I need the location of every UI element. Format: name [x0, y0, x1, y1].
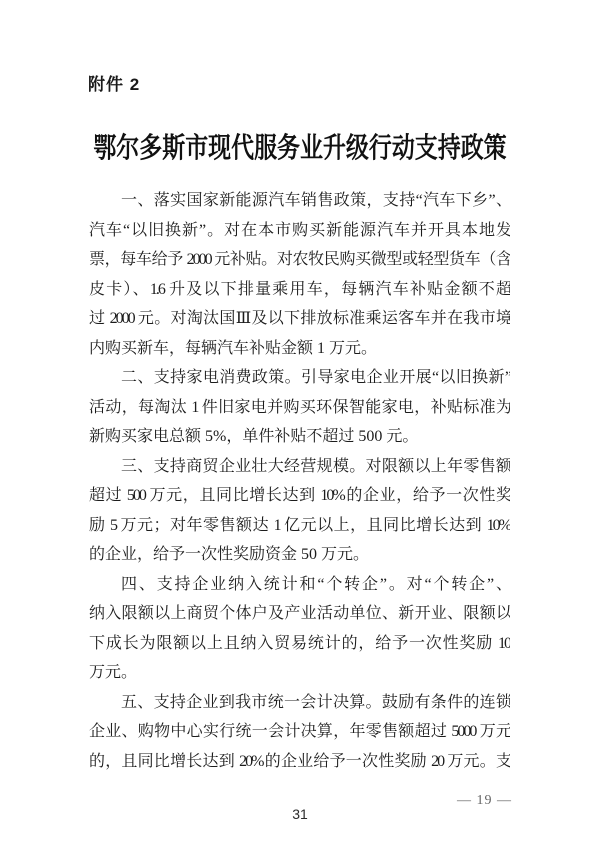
text-line: 二、支持家电消费政策。引导家电企业开展“以旧换新”: [89, 363, 510, 393]
text-line: 内购买新车，每辆汽车补贴金额 1 万元。: [89, 334, 510, 364]
text-line: 皮卡）、1.6 升及以下排量乘用车，每辆汽车补贴金额不超: [89, 275, 510, 305]
text-line: 新购买家电总额 5%，单件补贴不超过 500 元。: [89, 422, 510, 452]
text-line: 下成长为限额以上且纳入贸易统计的，给予一次性奖励 10: [89, 629, 510, 659]
attachment-label: 附件 2: [88, 70, 140, 95]
text-line: 的，且同比增长达到 20%的企业给予一次性奖励 20 万元。支: [89, 747, 510, 777]
text-line: 票，每车给予 2000 元补贴。对农牧民购买微型或轻型货车（含: [89, 245, 510, 275]
document-body: 一、落实国家新能源汽车销售政策，支持“汽车下乡”、 汽车“以旧换新”。对在本市购…: [89, 186, 510, 776]
text-line: 汽车“以旧换新”。对在本市购买新能源汽车并开具本地发: [89, 216, 510, 246]
text-line: 纳入限额以上商贸个体户及产业活动单位、新开业、限额以: [89, 599, 510, 629]
text-line: 三、支持商贸企业壮大经营规模。对限额以上年零售额: [89, 452, 510, 482]
text-line: 活动，每淘汰 1 件旧家电并购买环保智能家电，补贴标准为: [89, 393, 510, 423]
paragraph-2: 二、支持家电消费政策。引导家电企业开展“以旧换新” 活动，每淘汰 1 件旧家电并…: [89, 363, 510, 452]
paragraph-5: 五、支持企业到我市统一会计决算。鼓励有条件的连锁 企业、购物中心实行统一会计决算…: [89, 688, 510, 777]
document-title: 鄂尔多斯市现代服务业升级行动支持政策: [54, 126, 546, 166]
page-number-right: — 19 —: [457, 793, 512, 809]
text-line: 一、落实国家新能源汽车销售政策，支持“汽车下乡”、: [89, 186, 510, 216]
text-line: 超过 500 万元，且同比增长达到 10%的企业，给予一次性奖: [89, 481, 510, 511]
document-page: 附件 2 鄂尔多斯市现代服务业升级行动支持政策 一、落实国家新能源汽车销售政策，…: [0, 0, 600, 848]
text-line: 五、支持企业到我市统一会计决算。鼓励有条件的连锁: [89, 688, 510, 718]
text-line: 企业、购物中心实行统一会计决算，年零售额超过 5000 万元: [89, 717, 510, 747]
text-line: 万元。: [89, 658, 510, 688]
text-line: 励 5 万元；对年零售额达 1 亿元以上，且同比增长达到 10%: [89, 511, 510, 541]
paragraph-3: 三、支持商贸企业壮大经营规模。对限额以上年零售额 超过 500 万元，且同比增长…: [89, 452, 510, 570]
text-line: 过 2000 元。对淘汰国Ⅲ及以下排放标准乘运客车并在我市境: [89, 304, 510, 334]
paragraph-1: 一、落实国家新能源汽车销售政策，支持“汽车下乡”、 汽车“以旧换新”。对在本市购…: [89, 186, 510, 363]
text-line: 的企业，给予一次性奖励资金 50 万元。: [89, 540, 510, 570]
text-line: 四、支持企业纳入统计和“个转企”。对“个转企”、: [89, 570, 510, 600]
paragraph-4: 四、支持企业纳入统计和“个转企”。对“个转企”、 纳入限额以上商贸个体户及产业活…: [89, 570, 510, 688]
